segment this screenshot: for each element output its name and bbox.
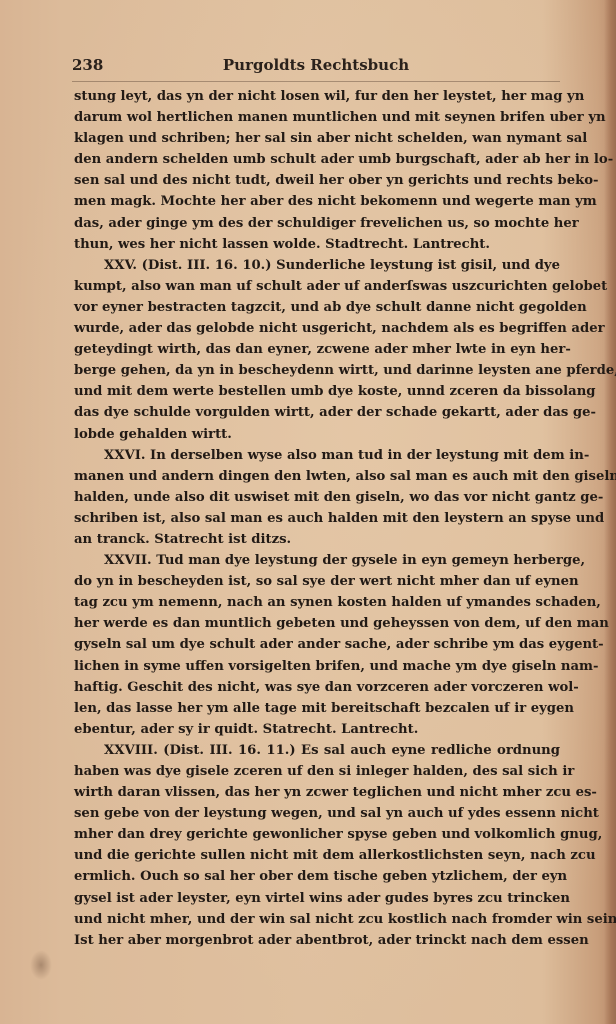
section-start-xxvii: XXVII. Tud man dye leystung der gysele i… bbox=[74, 550, 560, 571]
text-line: halden, unde also dit uswiset mit den gi… bbox=[74, 487, 560, 508]
text-line: ebentur, ader sy ir quidt. Statrecht. La… bbox=[74, 719, 560, 740]
header-rule bbox=[72, 81, 560, 82]
text-line: her werde es dan muntlich gebeten und ge… bbox=[74, 613, 560, 634]
text-line: kumpt, also wan man uf schult ader uf an… bbox=[74, 276, 560, 297]
text-line: an tranck. Statrecht ist ditzs. bbox=[74, 529, 560, 550]
text-line: darum wol hertlichen manen muntlichen un… bbox=[74, 107, 560, 128]
text-line: haftig. Geschit des nicht, was sye dan v… bbox=[74, 677, 560, 698]
text-line: den andern schelden umb schult ader umb … bbox=[74, 149, 560, 170]
text-line: lobde gehalden wirtt. bbox=[74, 424, 560, 445]
body-text: stung leyt, das yn der nicht losen wil, … bbox=[74, 86, 560, 951]
text-line: wurde, ader das gelobde nicht usgericht,… bbox=[74, 318, 560, 339]
text-line: das, ader ginge ym des der schuldiger fr… bbox=[74, 213, 560, 234]
section-start-xxvi: XXVI. In derselben wyse also man tud in … bbox=[74, 445, 560, 466]
text-line: tag zcu ym nemenn, nach an synen kosten … bbox=[74, 592, 560, 613]
text-line: schriben ist, also sal man es auch halde… bbox=[74, 508, 560, 529]
text-line: mher dan drey gerichte gewonlicher spyse… bbox=[74, 824, 560, 845]
text-line: gyseln sal um dye schult ader ander sach… bbox=[74, 634, 560, 655]
text-line: thun, wes her nicht lassen wolde. Stadtr… bbox=[74, 234, 560, 255]
text-line: do yn in bescheyden ist, so sal sye der … bbox=[74, 571, 560, 592]
text-line: und mit dem werte bestellen umb dye kost… bbox=[74, 381, 560, 402]
text-line: Ist her aber morgenbrot ader abentbrot, … bbox=[74, 930, 560, 951]
text-line: stung leyt, das yn der nicht losen wil, … bbox=[74, 86, 560, 107]
text-line: geteydingt wirth, das dan eyner, zcwene … bbox=[74, 339, 560, 360]
text-line: len, das lasse her ym alle tage mit bere… bbox=[74, 698, 560, 719]
text-line: gysel ist ader leyster, eyn virtel wins … bbox=[74, 888, 560, 909]
text-line: manen und andern dingen den lwten, also … bbox=[74, 466, 560, 487]
book-page: 238 Purgoldts Rechtsbuch stung leyt, das… bbox=[0, 0, 616, 1024]
text-line: men magk. Mochte her aber des nicht beko… bbox=[74, 191, 560, 212]
running-title: Purgoldts Rechtsbuch bbox=[72, 56, 560, 74]
text-line: ermlich. Ouch so sal her ober dem tische… bbox=[74, 866, 560, 887]
paper-stain bbox=[30, 950, 52, 980]
text-line: wirth daran vlissen, das her yn zcwer te… bbox=[74, 782, 560, 803]
text-line: sen sal und des nicht tudt, dweil her ob… bbox=[74, 170, 560, 191]
text-line: klagen und schriben; her sal sin aber ni… bbox=[74, 128, 560, 149]
text-line: sen gebe von der leystung wegen, und sal… bbox=[74, 803, 560, 824]
text-line: vor eyner bestracten tagzcit, und ab dye… bbox=[74, 297, 560, 318]
text-line: haben was dye gisele zceren uf den si in… bbox=[74, 761, 560, 782]
text-line: berge gehen, da yn in bescheydenn wirtt,… bbox=[74, 360, 560, 381]
text-line: lichen in syme uffen vorsigelten brifen,… bbox=[74, 656, 560, 677]
page-header: 238 Purgoldts Rechtsbuch bbox=[72, 56, 560, 80]
section-start-xxv: XXV. (Dist. III. 16. 10.) Sunderliche le… bbox=[74, 255, 560, 276]
text-line: und nicht mher, und der win sal nicht zc… bbox=[74, 909, 560, 930]
section-start-xxviii: XXVIII. (Dist. III. 16. 11.) Es sal auch… bbox=[74, 740, 560, 761]
text-line: das dye schulde vorgulden wirtt, ader de… bbox=[74, 402, 560, 423]
text-line: und die gerichte sullen nicht mit dem al… bbox=[74, 845, 560, 866]
